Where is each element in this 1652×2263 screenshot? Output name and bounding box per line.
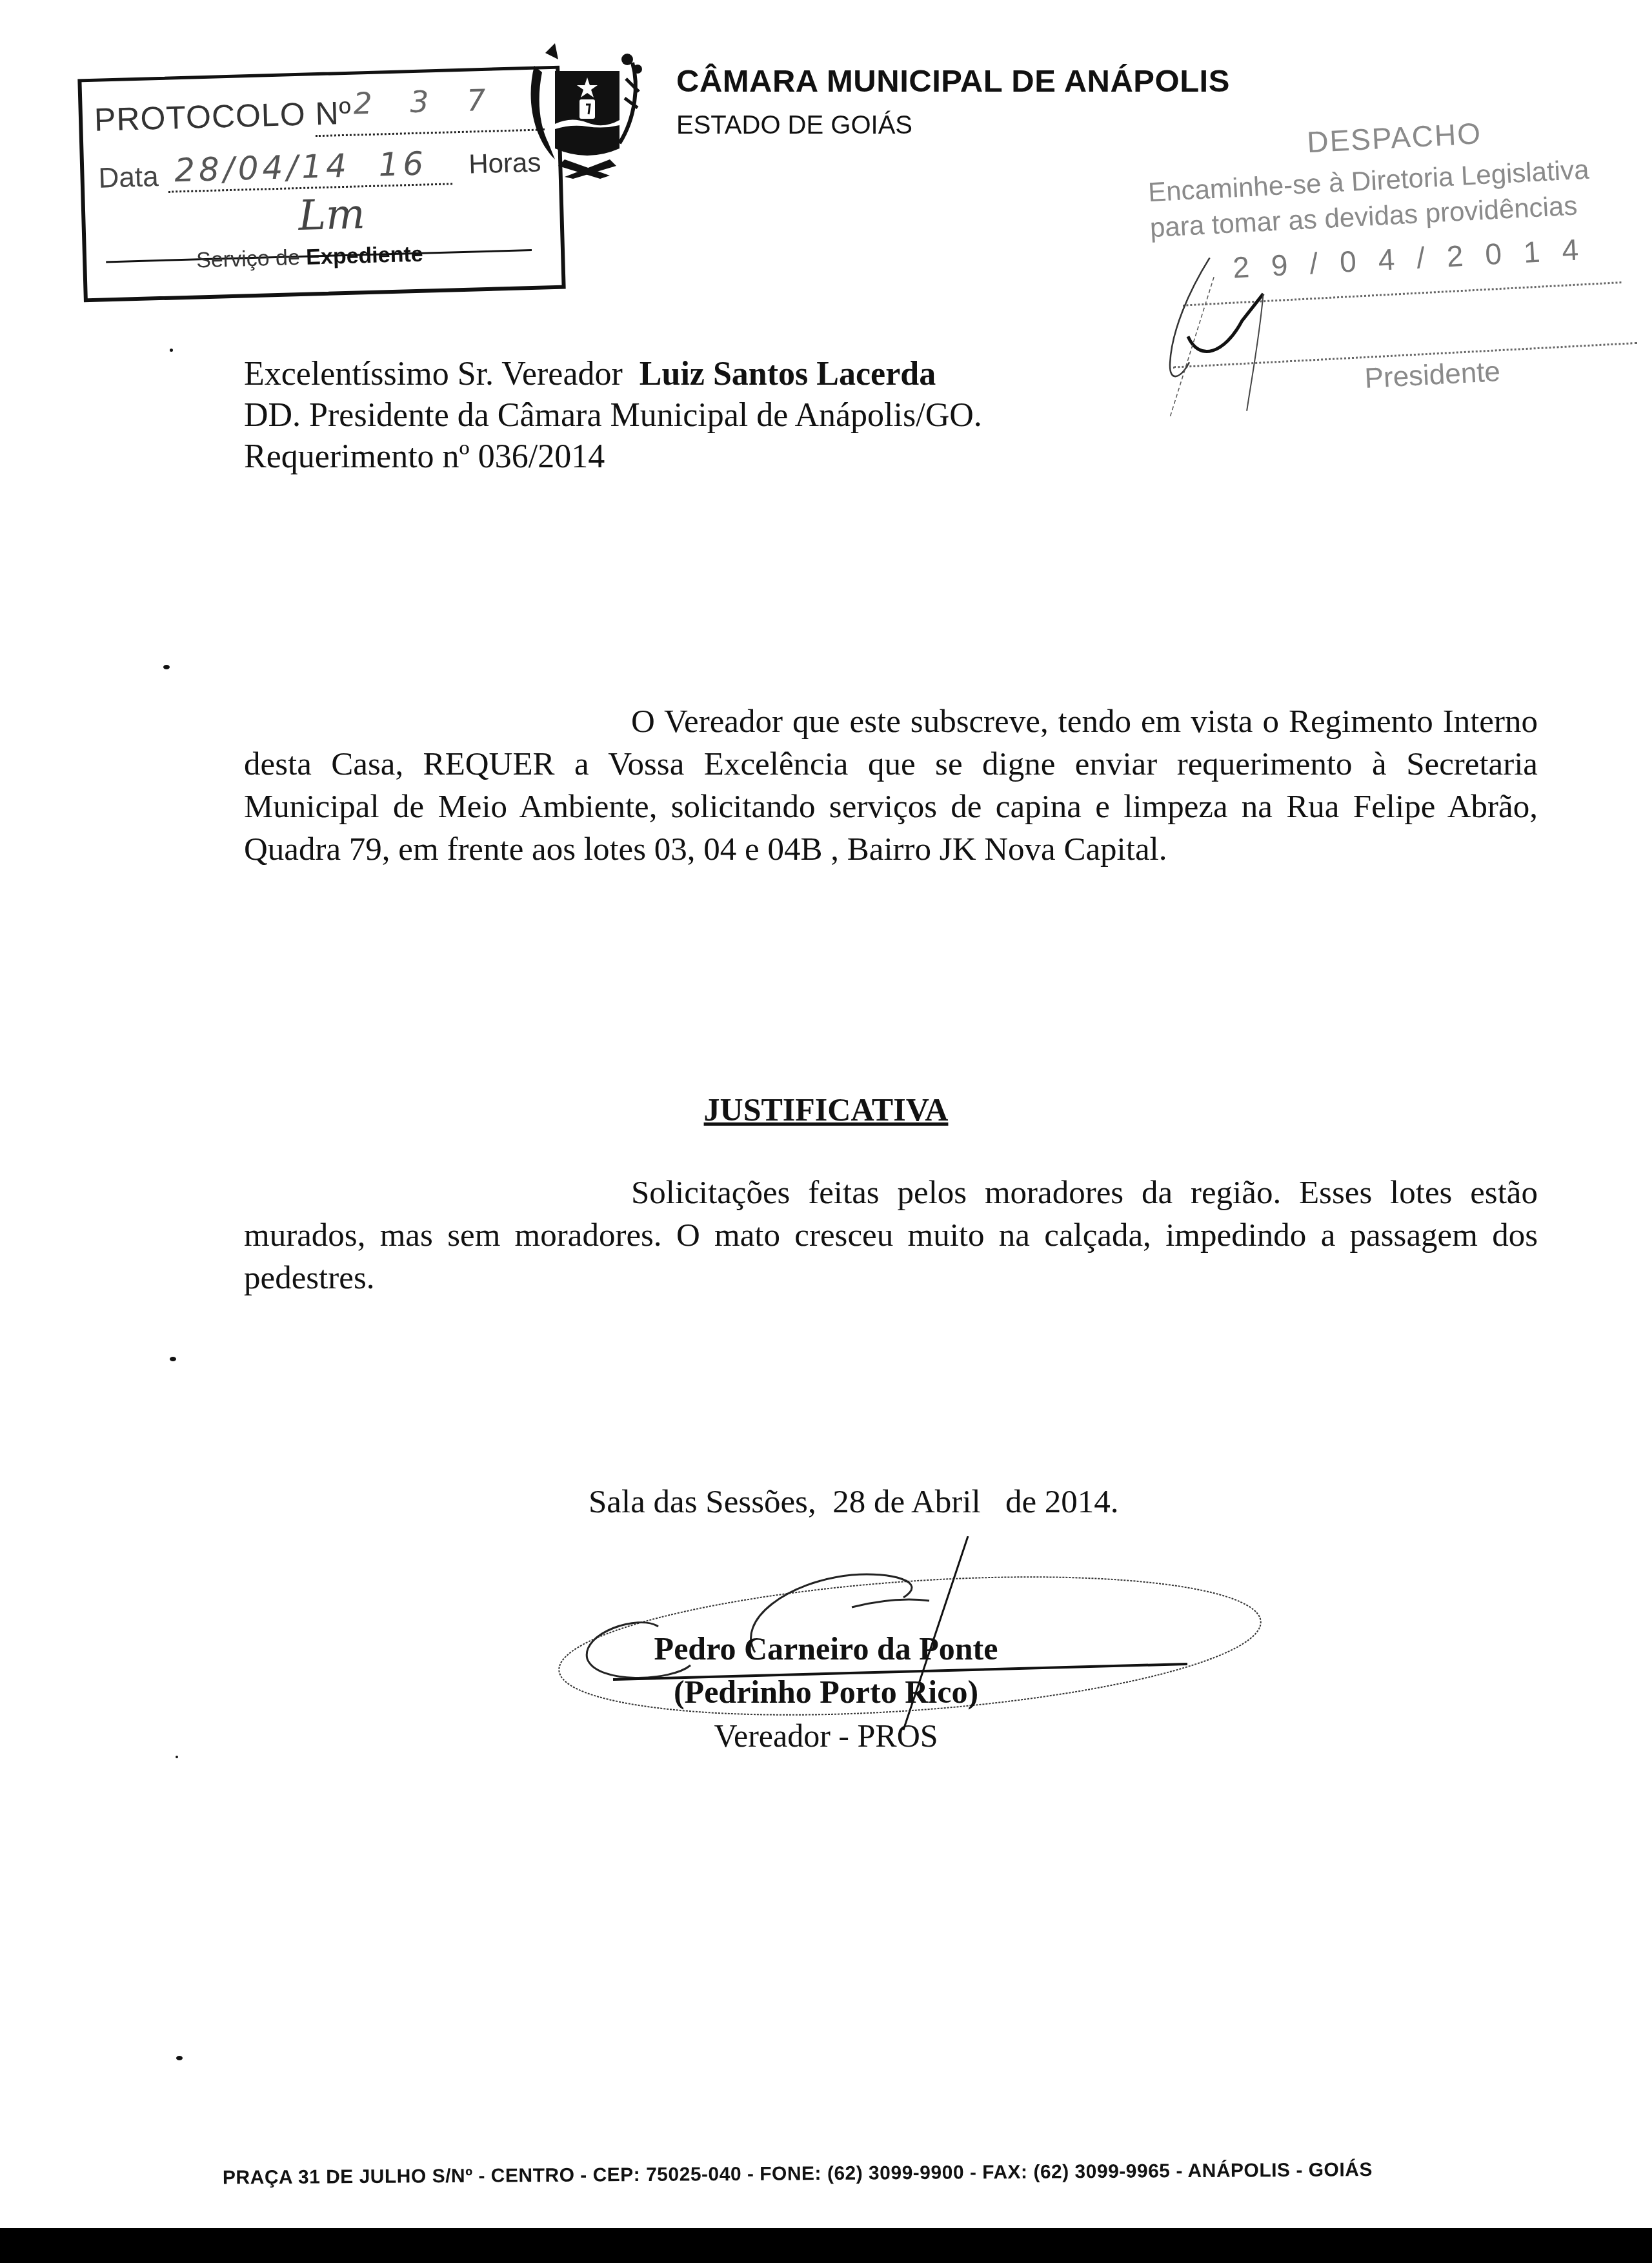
date-label: Data	[98, 161, 159, 195]
service-label: Serviço de Expediente	[196, 242, 423, 274]
scan-speck	[170, 349, 173, 352]
despacho-title: DESPACHO	[1306, 116, 1482, 159]
date-handwritten: 28/04/14	[174, 147, 351, 190]
president-signature-icon	[1148, 246, 1324, 422]
justification-heading: JUSTIFICATIVA	[0, 1091, 1652, 1128]
date-value: 28/04/14 16	[174, 145, 428, 189]
footer-address: PRAÇA 31 DE JULHO S/Nº - CENTRO - CEP: 7…	[223, 2157, 1610, 2189]
request-paragraph: O Vereador que este subscreve, tendo em …	[244, 704, 1538, 868]
addressee-position: DD. Presidente da Câmara Municipal de An…	[244, 395, 982, 436]
coat-of-arms-icon	[529, 40, 645, 188]
salutation: Excelentíssimo Sr. Vereador	[244, 356, 623, 392]
hole-punch-mark	[170, 1357, 176, 1361]
addressee-name: Luiz Santos Lacerda	[640, 356, 936, 392]
signer-name: Pedro Carneiro da Ponte	[0, 1630, 1652, 1667]
addressee-line-1: Excelentíssimo Sr. Vereador Luiz Santos …	[244, 354, 982, 395]
scan-speck	[176, 1756, 178, 1758]
despacho-stamp: DESPACHO Encaminhe-se à Diretoria Legisl…	[1129, 100, 1646, 416]
despacho-signature-label: Presidente	[1364, 356, 1501, 395]
hole-punch-mark	[176, 2056, 183, 2060]
time-handwritten: 16	[378, 145, 428, 183]
request-body: O Vereador que este subscreve, tendo em …	[244, 700, 1538, 871]
justification-body: Solicitações feitas pelos moradores da r…	[244, 1172, 1538, 1299]
request-reference: Requerimento nº 036/2014	[244, 436, 982, 478]
place-and-date: Sala das Sessões, 28 de Abril de 2014.	[589, 1483, 1119, 1521]
protocol-number: 2 3 7	[353, 82, 500, 121]
receiver-initials: Lm	[297, 190, 365, 240]
hole-punch-mark	[163, 665, 170, 669]
justification-paragraph: Solicitações feitas pelos moradores da r…	[244, 1175, 1538, 1296]
signer-role: Vereador - PROS	[0, 1717, 1652, 1754]
protocol-label: PROTOCOLO Nº	[94, 94, 352, 139]
protocol-stamp: PROTOCOLO Nº 2 3 7 Data 28/04/14 16 Hora…	[77, 66, 565, 303]
scan-edge-bar	[0, 2228, 1652, 2263]
signer-nickname: (Pedrinho Porto Rico)	[0, 1673, 1652, 1710]
service-label-text: Serviço de	[196, 245, 307, 273]
addressee-block: Excelentíssimo Sr. Vereador Luiz Santos …	[244, 354, 982, 478]
service-label-bold: Expediente	[306, 242, 423, 270]
institution-title: CÂMARA MUNICIPAL DE ANÁPOLIS	[676, 63, 1230, 99]
institution-subtitle: ESTADO DE GOIÁS	[676, 111, 912, 140]
